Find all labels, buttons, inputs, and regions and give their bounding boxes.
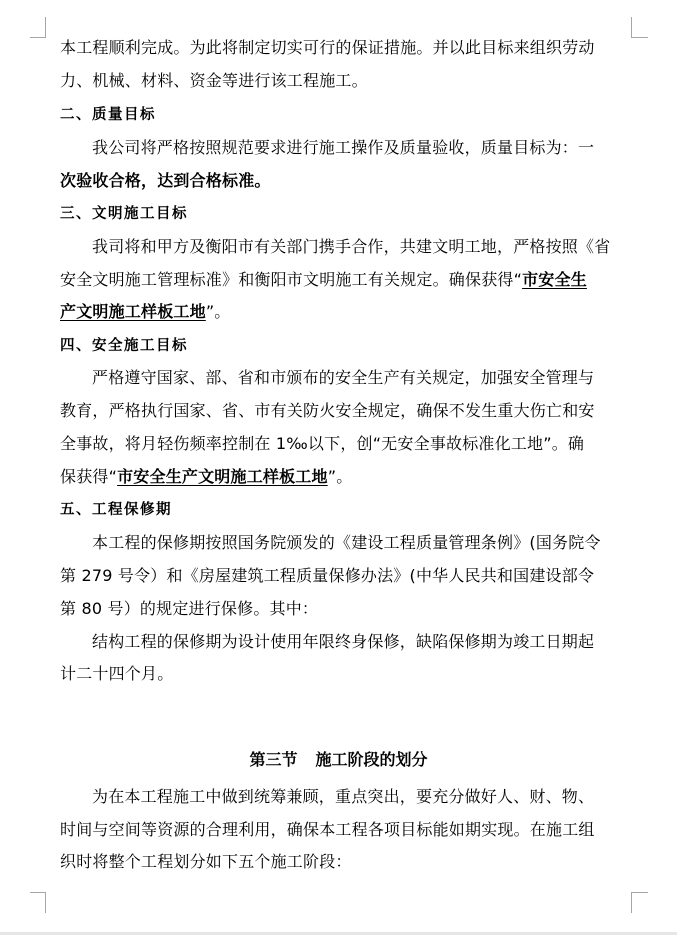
underlined-text: 市安全生 <box>522 270 587 289</box>
body-text-line: 时间与空间等资源的合理利用，确保本工程各项目标能如期实现。在施工组 <box>60 820 620 840</box>
body-text-line: 为在本工程施工中做到统筹兼顾，重点突出，要充分做好人、财、物、 <box>92 787 652 807</box>
crop-mark-bottom-left <box>30 892 46 893</box>
body-text-line: 教育，严格执行国家、省、市有关防火安全规定，确保不发生重大伤亡和安 <box>60 401 620 421</box>
chapter-title: 第三节施工阶段的划分 <box>0 750 677 770</box>
body-text-line: 我公司将严格按照规范要求进行施工操作及质量验收，质量目标为：一 <box>92 138 652 158</box>
crop-mark-bottom-right <box>631 892 632 913</box>
body-text-line: 本工程顺利完成。为此将制定切实可行的保证措施。并以此目标来组织劳动 <box>60 38 620 58</box>
body-text-line: 产文明施工样板工地”。 <box>60 302 620 322</box>
body-text-line: 本工程的保修期按照国务院颁发的《建设工程质量管理条例》(国务院令 <box>92 533 652 553</box>
chapter-name: 施工阶段的划分 <box>316 750 428 769</box>
body-text-line: 我司将和甲方及衡阳市有关部门携手合作，共建文明工地，严格按照《省 <box>92 237 652 257</box>
chapter-number: 第三节 <box>249 750 297 769</box>
underlined-text: 市安全生产文明施工样板工地 <box>117 467 328 486</box>
body-text-line: 计二十四个月。 <box>60 664 620 684</box>
text-run: 安全文明施工管理标准》和衡阳市文明施工有关规定。确保获得“ <box>60 270 522 289</box>
section-heading-quality: 二、质量目标 <box>60 105 620 125</box>
text-run: 保获得“ <box>60 467 117 486</box>
body-text-line: 全事故，将月轻伤频率控制在 1‰以下，创“无安全事故标准化工地”。确 <box>60 434 620 454</box>
body-text-line: 织时将整个工程划分如下五个施工阶段： <box>60 852 620 872</box>
crop-mark-top-right <box>631 37 648 38</box>
body-text-line: 严格遵守国家、部、省和市颁布的安全生产有关规定，加强安全管理与 <box>92 368 652 388</box>
crop-mark-top-right <box>631 17 632 38</box>
section-heading-civilized: 三、文明施工目标 <box>60 204 620 224</box>
body-text-line: 安全文明施工管理标准》和衡阳市文明施工有关规定。确保获得“市安全生 <box>60 270 620 290</box>
underlined-text: 产文明施工样板工地 <box>60 302 206 321</box>
section-heading-safety: 四、安全施工目标 <box>60 336 620 356</box>
body-text-line: 第 279 号令）和《房屋建筑工程质量保修办法》(中华人民共和国建设部令 <box>60 566 620 586</box>
body-text-line: 第 80 号）的规定进行保修。其中： <box>60 599 620 619</box>
crop-mark-top-left <box>30 37 46 38</box>
crop-mark-bottom-left <box>45 892 46 913</box>
crop-mark-top-left <box>45 17 46 38</box>
body-text-line: 保获得“市安全生产文明施工样板工地”。 <box>60 467 620 487</box>
document-page: 本工程顺利完成。为此将制定切实可行的保证措施。并以此目标来组织劳动 力、机械、材… <box>0 0 677 932</box>
section-heading-warranty: 五、工程保修期 <box>60 500 620 520</box>
body-text-line: 结构工程的保修期为设计使用年限终身保修，缺陷保修期为竣工日期起 <box>92 632 652 652</box>
crop-mark-bottom-right <box>631 892 648 893</box>
bold-text-line: 次验收合格，达到合格标准。 <box>60 171 620 191</box>
text-run: ”。 <box>206 302 231 321</box>
text-run: ”。 <box>328 467 353 486</box>
body-text-line: 力、机械、材料、资金等进行该工程施工。 <box>60 71 620 91</box>
